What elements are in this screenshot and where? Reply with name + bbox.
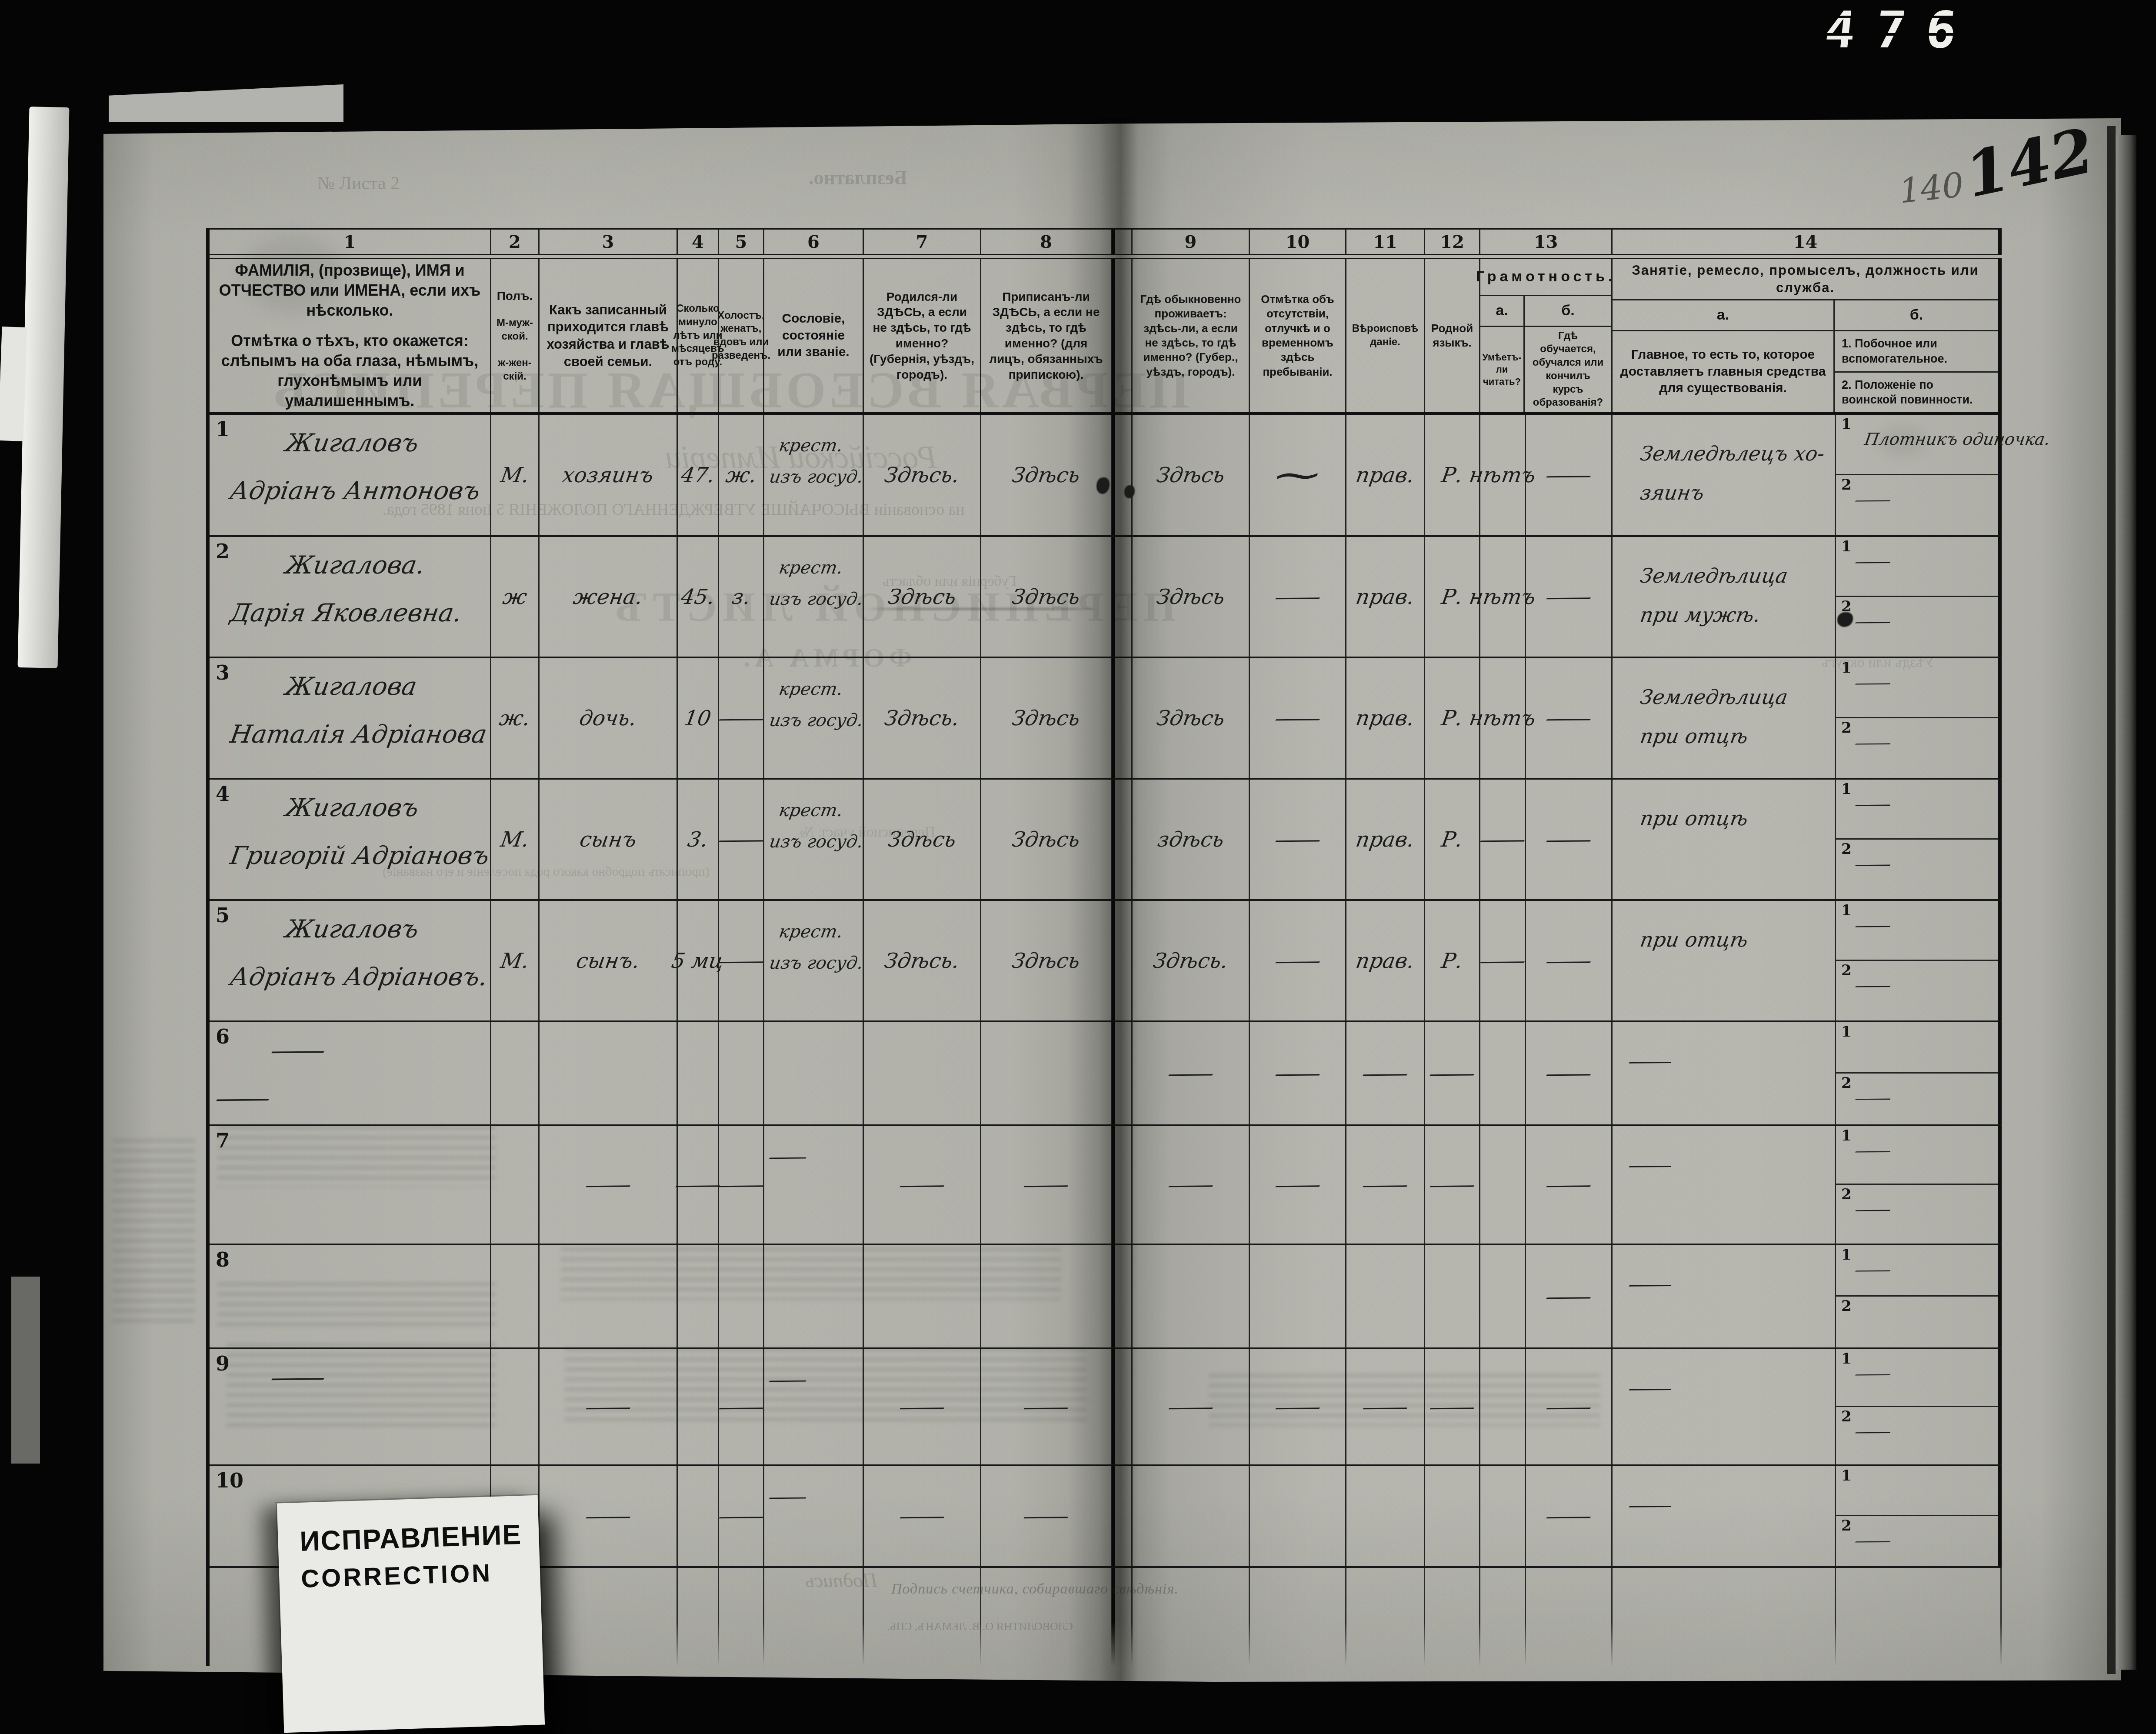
- cell-value: прав.: [1354, 949, 1416, 973]
- header-religion: Вѣроисповѣданіе.: [1346, 259, 1425, 412]
- header-absence: Отмѣтка объ отсутствіи, отлучкѣ и о врем…: [1250, 259, 1346, 412]
- page-edge: [2107, 126, 2116, 1674]
- row-number: 2: [216, 540, 230, 563]
- name-given: Григорій Адріановъ: [228, 841, 491, 870]
- cell-value: —: [1543, 1394, 1594, 1419]
- name-given: —: [213, 1084, 273, 1113]
- table-row: 9————————————1—2—: [210, 1349, 2002, 1466]
- cell-side: 1—2—: [1836, 658, 2002, 778]
- side-sub-label: 2: [1841, 962, 1852, 979]
- correction-card-english: CORRECTION: [300, 1557, 540, 1594]
- header-language: Родной языкъ.: [1425, 259, 1480, 412]
- cell-value: —: [1477, 948, 1528, 973]
- cell-name: 6——: [210, 1022, 491, 1124]
- cell-res: —: [1133, 1126, 1250, 1244]
- cell-abs: —: [1250, 901, 1346, 1020]
- header-registration-text: Приписанъ-ли ЗДѢСЬ, а если не здѣсь, то …: [986, 289, 1106, 383]
- header-literacy: Грамотность. а. Умѣетъ-ли читать? б. Гдѣ…: [1480, 259, 1613, 412]
- name-given: Дарія Яковлевна.: [228, 599, 464, 627]
- row-number: 10: [216, 1469, 243, 1492]
- cell-age: 5 мц: [678, 901, 719, 1020]
- cell-value: Р.: [1440, 827, 1464, 852]
- header-marital: Холостъ, женатъ, вдовъ или разведенъ.: [719, 259, 764, 412]
- cell-faith: прав.: [1346, 415, 1425, 535]
- cell-name: 2Жигалова.Дарія Яковлевна.: [210, 537, 491, 657]
- occupation-line1: при отцѣ: [1639, 928, 1750, 951]
- header-relation-text: Какъ записанный приходится главѣ хозяйст…: [544, 301, 672, 370]
- header-literacy-group: Грамотность.: [1480, 259, 1611, 296]
- cell-side: 1—2—: [1836, 1349, 2002, 1464]
- col-number: 12: [1425, 230, 1480, 254]
- side-sub-label: 2: [1841, 840, 1852, 858]
- cell-born: —: [864, 1466, 981, 1566]
- col-number-label: 11: [1373, 232, 1397, 252]
- cell-litb: —: [1526, 1022, 1613, 1124]
- header-literacy-a-text: Умѣетъ-ли читать?: [1480, 327, 1523, 412]
- side-sub-label: 2: [1841, 719, 1852, 737]
- header-sex: Полъ. М-муж-ской. ж-жен-скій.: [491, 259, 540, 412]
- table-row: 6————————12—: [210, 1022, 2002, 1126]
- cell-lang: —: [1425, 1349, 1480, 1464]
- cell-born: Здѣсь.: [864, 658, 981, 778]
- occupation-line1: —: [1626, 1153, 1675, 1177]
- header-estate: Сословіе, состояніе или званіе.: [764, 259, 864, 412]
- cell-value: дочь.: [578, 706, 638, 730]
- cell-value: Р.: [1440, 585, 1464, 609]
- col-number-label: 14: [1793, 232, 1818, 252]
- side-value: —: [1853, 733, 1893, 752]
- cell-age: 45.: [678, 537, 719, 657]
- side-value: —: [1853, 1531, 1893, 1551]
- cell-side: 1—2: [1836, 1245, 2002, 1347]
- cell-litb: —: [1526, 780, 1613, 899]
- side-occupation-sub2: 2—: [1836, 1516, 1998, 1566]
- cell-value: Здѣсь: [1010, 463, 1082, 487]
- table-row: 5ЖигаловъАдріанъ Адріановъ.М.сынъ.5 мц—к…: [210, 901, 2002, 1022]
- col-number: 4: [678, 230, 719, 254]
- col-number: 2: [491, 230, 540, 254]
- cell-abs: —: [1250, 1349, 1346, 1464]
- side-value: —: [1853, 1088, 1893, 1107]
- table-row: 8——1—2: [210, 1245, 2002, 1349]
- side-value: —: [1853, 916, 1893, 935]
- cell-faith: —: [1346, 1349, 1425, 1464]
- cell-value: здѣсь: [1156, 827, 1226, 852]
- extension-cell: [1480, 1568, 1526, 1666]
- cell-value: —: [1360, 1394, 1411, 1419]
- cell-value: Здѣсь.: [883, 463, 961, 487]
- col-number-label: 1: [344, 232, 356, 252]
- col-number-label: 10: [1286, 232, 1310, 252]
- header-marital-text: Холостъ, женатъ, вдовъ или разведенъ.: [712, 309, 770, 363]
- col-number: 13: [1480, 230, 1613, 254]
- cell-est: —: [764, 1466, 864, 1566]
- estate-line2: изъ госуд.: [768, 953, 864, 973]
- extension-cell: [1526, 1568, 1613, 1666]
- row-number: 1: [216, 417, 230, 441]
- side-value: —: [1853, 854, 1893, 874]
- cell-rel: дочь.: [540, 658, 678, 778]
- estate-line1: крест.: [777, 436, 844, 456]
- cell-value: —: [716, 827, 766, 852]
- cell-side: 1—2—: [1836, 537, 2002, 657]
- cell-res: [1133, 1466, 1250, 1566]
- col-number-label: 3: [602, 232, 614, 252]
- side-sub-label: 1: [1841, 1023, 1852, 1040]
- cell-lita: [1480, 1126, 1526, 1244]
- col-number-label: 5: [735, 232, 747, 252]
- side-occupation-sub1: 1: [1836, 1022, 1998, 1074]
- table-header: ФАМИЛІЯ, (прозвище), ИМЯ и ОТЧЕСТВО или …: [210, 258, 2002, 415]
- cell-age: 47.: [678, 415, 719, 535]
- cell-age: [678, 1466, 719, 1566]
- cell-fold: [1112, 1349, 1133, 1464]
- cell-lita: [1480, 1245, 1526, 1347]
- occupation-line1: Земледѣлица: [1639, 564, 1789, 587]
- header-sex-female: ж-жен-скій.: [496, 357, 534, 383]
- cell-rel: хозяинъ: [540, 415, 678, 535]
- side-value: —: [1853, 673, 1893, 693]
- occupation-line1: —: [1626, 1493, 1675, 1517]
- side-sub-label: 1: [1841, 902, 1852, 919]
- side-sub-label: 1: [1841, 1467, 1852, 1484]
- cell-est: —: [764, 1126, 864, 1244]
- extension-cell: [1425, 1568, 1480, 1666]
- cell-faith: прав.: [1346, 537, 1425, 657]
- table-row: 7————————————1—2—: [210, 1126, 2002, 1245]
- cell-value: —: [716, 706, 766, 730]
- occupation-line2: при мужѣ.: [1639, 603, 1762, 627]
- paper-edge-sliver: [109, 84, 343, 122]
- cell-res: Здѣсь: [1133, 658, 1250, 778]
- cell-sex: М.: [491, 780, 540, 899]
- cell-value: М.: [499, 827, 530, 852]
- name-surname: —: [268, 1363, 328, 1392]
- film-frame-counter: 476: [1822, 1, 1979, 60]
- side-occupation-sub1: 1—: [1836, 1245, 1998, 1297]
- extension-cell: [1346, 1568, 1425, 1666]
- side-occupation-sub1: 1—: [1836, 658, 1998, 718]
- side-sub-label: 1: [1841, 780, 1852, 798]
- header-residence-text: Гдѣ обыкновенно проживаетъ: здѣсь-ли, а …: [1137, 292, 1244, 379]
- cell-value: —: [1543, 1061, 1594, 1086]
- cell-value: прав.: [1354, 585, 1416, 609]
- extension-cell: [1613, 1568, 1836, 1666]
- cell-est: крест.изъ госуд.: [764, 780, 864, 899]
- cell-reg: —: [981, 1349, 1112, 1464]
- side-occupation-sub1: 1—: [1836, 1126, 1998, 1185]
- row-number: 5: [216, 904, 230, 927]
- cell-value: —: [1165, 1061, 1216, 1086]
- cell-value: —: [1427, 1394, 1478, 1419]
- cell-value: —: [583, 1504, 633, 1529]
- cell-faith: прав.: [1346, 901, 1425, 1020]
- cell-rel: сынъ: [540, 780, 678, 899]
- header-relation: Какъ записанный приходится главѣ хозяйст…: [540, 259, 678, 412]
- side-occupation-sub1: 1—: [1836, 1349, 1998, 1407]
- estate-line2: изъ госуд.: [768, 467, 864, 487]
- cell-lita: [1480, 1349, 1526, 1464]
- cell-value: —: [1427, 1173, 1478, 1197]
- cell-value: —: [1543, 1173, 1594, 1197]
- header-occupation-group: Занятіе, ремесло, промыселъ, должность и…: [1613, 259, 1998, 300]
- cell-side: 12—: [1836, 1466, 2002, 1566]
- cell-res: Здѣсь: [1133, 537, 1250, 657]
- col-number: 5: [719, 230, 764, 254]
- cell-est: —: [764, 1349, 864, 1464]
- header-religion-text: Вѣроисповѣданіе.: [1351, 322, 1420, 349]
- cell-value: 45.: [679, 585, 716, 609]
- side-occupation-sub2: 2—: [1836, 1185, 1998, 1244]
- cell-sex: [491, 1022, 540, 1124]
- paper-edge-sliver: [11, 1277, 40, 1464]
- cell-reg: Здѣсь: [981, 901, 1112, 1020]
- side-sub-label: 1: [1841, 538, 1852, 555]
- cell-value: —: [1543, 706, 1594, 730]
- name-surname: Жигаловъ: [283, 915, 421, 944]
- side-value: Плотникъ одиночка.: [1863, 430, 2052, 449]
- name-surname: Жигалова.: [283, 551, 427, 580]
- cell-sex: [491, 1126, 540, 1244]
- col-number-label: 12: [1440, 232, 1464, 252]
- cell-rel: —: [540, 1349, 678, 1464]
- cell-value: Здѣсь: [1155, 463, 1226, 487]
- cell-age: [678, 1022, 719, 1124]
- side-occupation-sub2: 2—: [1836, 961, 1998, 1021]
- cell-fold: [1112, 658, 1133, 778]
- cell-value: сынъ.: [575, 949, 642, 973]
- cell-value: М.: [499, 949, 530, 973]
- cell-mar: [719, 1022, 764, 1124]
- cell-value: —: [583, 1394, 633, 1419]
- side-occupation-sub1: 1Плотникъ одиночка.: [1836, 415, 1998, 475]
- cell-rel: сынъ.: [540, 901, 678, 1020]
- cell-age: [678, 1245, 719, 1347]
- estate-line1: крест.: [777, 679, 844, 699]
- estate-line1: крест.: [777, 800, 844, 820]
- cell-value: Здѣсь: [1010, 949, 1082, 973]
- occupation-line1: —: [1626, 1272, 1675, 1296]
- cell-name: 9—: [210, 1349, 491, 1464]
- cell-fold: [1112, 1126, 1133, 1244]
- cell-rel: жена.: [540, 537, 678, 657]
- row-number: 6: [216, 1025, 230, 1048]
- side-occupation-sub2: 2—: [1836, 1407, 1998, 1465]
- cell-value: хозяинъ: [561, 463, 655, 487]
- cell-litb: —: [1526, 1466, 1613, 1566]
- cell-mar: —: [719, 1466, 764, 1566]
- side-sub-label: 1: [1841, 1127, 1852, 1144]
- header-language-text: Родной языкъ.: [1430, 321, 1475, 350]
- cell-age: 3.: [678, 780, 719, 899]
- estate-line1: —: [766, 1487, 809, 1507]
- correction-card: ИСПРАВЛЕНИЕ CORRECTION: [277, 1495, 545, 1733]
- cell-value: Здѣсь.: [883, 706, 961, 730]
- table-row: 4ЖигаловъГригорій АдріановъМ.сынъ3.—крес…: [210, 780, 2002, 901]
- table-body: 1ЖигаловъАдріанъ АнтоновъМ.хозяинъ47.ж.к…: [210, 415, 2002, 1666]
- cell-fold: [1112, 415, 1133, 535]
- name-surname: Жигалова: [283, 672, 419, 701]
- col-number-label: 4: [692, 232, 704, 252]
- cell-mar: —: [719, 901, 764, 1020]
- row-number: 4: [216, 782, 230, 806]
- cell-lang: Р.: [1425, 780, 1480, 899]
- estate-line2: изъ госуд.: [768, 832, 864, 852]
- side-value: —: [1853, 552, 1893, 571]
- cell-sex: М.: [491, 901, 540, 1020]
- cell-born: Здѣсь.: [864, 415, 981, 535]
- cell-rel: —: [540, 1126, 678, 1244]
- cell-abs: —: [1250, 1022, 1346, 1124]
- cell-sex: М.: [491, 415, 540, 535]
- cell-value: —: [583, 1173, 633, 1197]
- cell-value: —: [1272, 1394, 1323, 1419]
- col-number: 1: [210, 230, 491, 254]
- estate-line2: изъ госуд.: [768, 589, 864, 609]
- cell-est: крест.изъ госуд.: [764, 537, 864, 657]
- cell-litb: —: [1526, 901, 1613, 1020]
- cell-lita: —: [1480, 780, 1526, 899]
- cell-faith: [1346, 1466, 1425, 1566]
- side-sub-label: 1: [1841, 416, 1852, 433]
- cell-occ: —: [1613, 1022, 1836, 1124]
- column-number-band: 1 2 3 4 5 6 7 8 9 10 11 12 13 14: [210, 230, 2002, 255]
- side-occupation-sub1: 1—: [1836, 537, 1998, 597]
- cell-fold: [1112, 1466, 1133, 1566]
- occupation-line1: —: [1626, 1049, 1675, 1073]
- cell-reg: [981, 1022, 1112, 1124]
- cell-name: 7: [210, 1126, 491, 1244]
- cell-value: Здѣсь: [1155, 585, 1226, 609]
- cell-value: 47.: [679, 463, 716, 487]
- cell-value: Р.: [1440, 463, 1464, 487]
- cell-value: Р.: [1440, 706, 1464, 730]
- cell-mar: —: [719, 780, 764, 899]
- header-residence: Гдѣ обыкновенно проживаетъ: здѣсь-ли, а …: [1133, 259, 1250, 412]
- cell-name: 8: [210, 1245, 491, 1347]
- cell-value: Здѣсь: [1010, 827, 1082, 852]
- table-row: 2Жигалова.Дарія Яковлевна.жжена.45.з.кре…: [210, 537, 2002, 658]
- cell-reg: [981, 1245, 1112, 1347]
- side-sub-label: 2: [1841, 1074, 1852, 1092]
- cell-res: здѣсь: [1133, 780, 1250, 899]
- census-scan: 476 140 142 № Листа 2 Безплатно. ПЕРВАЯ …: [0, 0, 2156, 1734]
- cell-lita: —: [1480, 901, 1526, 1020]
- cell-value: Здѣсь.: [883, 949, 961, 973]
- cell-value: —: [716, 1173, 766, 1197]
- table-row: 1ЖигаловъАдріанъ АнтоновъМ.хозяинъ47.ж.к…: [210, 415, 2002, 537]
- cell-value: ж.: [724, 463, 758, 487]
- col-number-label: 13: [1534, 232, 1558, 252]
- occupation-line1: Земледѣлецъ хо-: [1639, 442, 1826, 465]
- side-sub-label: 2: [1841, 1408, 1852, 1425]
- cell-value: —: [1165, 1173, 1216, 1197]
- estate-line1: крест.: [777, 558, 844, 578]
- occupation-line2: при отцѣ: [1639, 724, 1750, 748]
- cell-value: Здѣсь: [1010, 585, 1082, 609]
- side-value: —: [1853, 975, 1893, 995]
- paper-edge-sliver: [0, 327, 27, 441]
- cell-value: прав.: [1354, 463, 1416, 487]
- col-number: 10: [1250, 230, 1346, 254]
- cell-value: —: [1360, 1173, 1411, 1197]
- side-value: —: [1853, 490, 1893, 509]
- col-number: 3: [540, 230, 678, 254]
- cell-born: [864, 1022, 981, 1124]
- cell-name: 3ЖигаловаНаталія Адріанова: [210, 658, 491, 778]
- occupation-line1: Земледѣлица: [1639, 685, 1789, 709]
- cell-reg: —: [981, 1126, 1112, 1244]
- cell-reg: Здѣсь: [981, 537, 1112, 657]
- cell-born: Здѣсь: [864, 537, 981, 657]
- cell-value: —: [1543, 584, 1594, 609]
- name-given: Адріанъ Антоновъ: [228, 477, 482, 505]
- cell-value: —: [1165, 1394, 1216, 1419]
- cell-reg: —: [981, 1466, 1112, 1566]
- side-occupation-sub2: 2—: [1836, 840, 1998, 900]
- cell-value: Здѣсь.: [1152, 949, 1230, 973]
- header-literacy-b-text: Гдѣ обучается, обучался или кончилъ курс…: [1525, 327, 1611, 412]
- name-given: Адріанъ Адріановъ.: [228, 963, 490, 991]
- side-occupation-sub1: 1—: [1836, 780, 1998, 840]
- extension-cell: [1836, 1568, 2002, 1666]
- cell-occ: —: [1613, 1466, 1836, 1566]
- cell-lang: Р.: [1425, 901, 1480, 1020]
- side-value: —: [1853, 611, 1893, 631]
- cell-abs: ~: [1250, 415, 1346, 535]
- cell-litb: —: [1526, 1126, 1613, 1244]
- row-number: 7: [216, 1129, 230, 1152]
- cell-fold: [1112, 1245, 1133, 1347]
- estate-line1: —: [766, 1147, 809, 1167]
- side-value: —: [1853, 1200, 1893, 1219]
- side-occupation-sub1: 1: [1836, 1466, 1998, 1516]
- cell-value: —: [1477, 827, 1528, 852]
- cell-value: ж.: [498, 706, 532, 730]
- cell-name: 4ЖигаловъГригорій Адріановъ: [210, 780, 491, 899]
- cell-value: —: [1272, 584, 1323, 609]
- side-sub-label: 2: [1841, 1297, 1852, 1315]
- cell-value: —: [716, 1394, 766, 1419]
- cell-occ: при отцѣ: [1613, 901, 1836, 1020]
- cell-age: —: [678, 1126, 719, 1244]
- side-occupation-sub2: 2—: [1836, 718, 1998, 778]
- cell-rel: —: [540, 1466, 678, 1566]
- cell-mar: ж.: [719, 415, 764, 535]
- cell-value: Здѣсь: [886, 585, 958, 609]
- col-number: 8: [981, 230, 1112, 254]
- cell-value: —: [1427, 1061, 1478, 1086]
- cell-fold: [1112, 901, 1133, 1020]
- estate-line2: изъ госуд.: [768, 710, 864, 730]
- cell-res: —: [1133, 1349, 1250, 1464]
- cell-value: —: [1021, 1504, 1072, 1529]
- cell-litb: —: [1526, 537, 1613, 657]
- header-name: ФАМИЛІЯ, (прозвище), ИМЯ и ОТЧЕСТВО или …: [210, 259, 491, 412]
- cell-abs: —: [1250, 537, 1346, 657]
- cell-born: —: [864, 1349, 981, 1464]
- cell-value: 3.: [686, 827, 710, 852]
- extension-cell: [1250, 1568, 1346, 1666]
- cell-born: Здѣсь: [864, 780, 981, 899]
- header-literacy-a-label: а.: [1480, 296, 1523, 327]
- cell-res: [1133, 1245, 1250, 1347]
- cell-abs: —: [1250, 658, 1346, 778]
- cell-value: —: [1021, 1173, 1072, 1197]
- cell-lang: —: [1425, 1022, 1480, 1124]
- cell-value: —: [716, 948, 766, 973]
- cell-est: крест.изъ госуд.: [764, 658, 864, 778]
